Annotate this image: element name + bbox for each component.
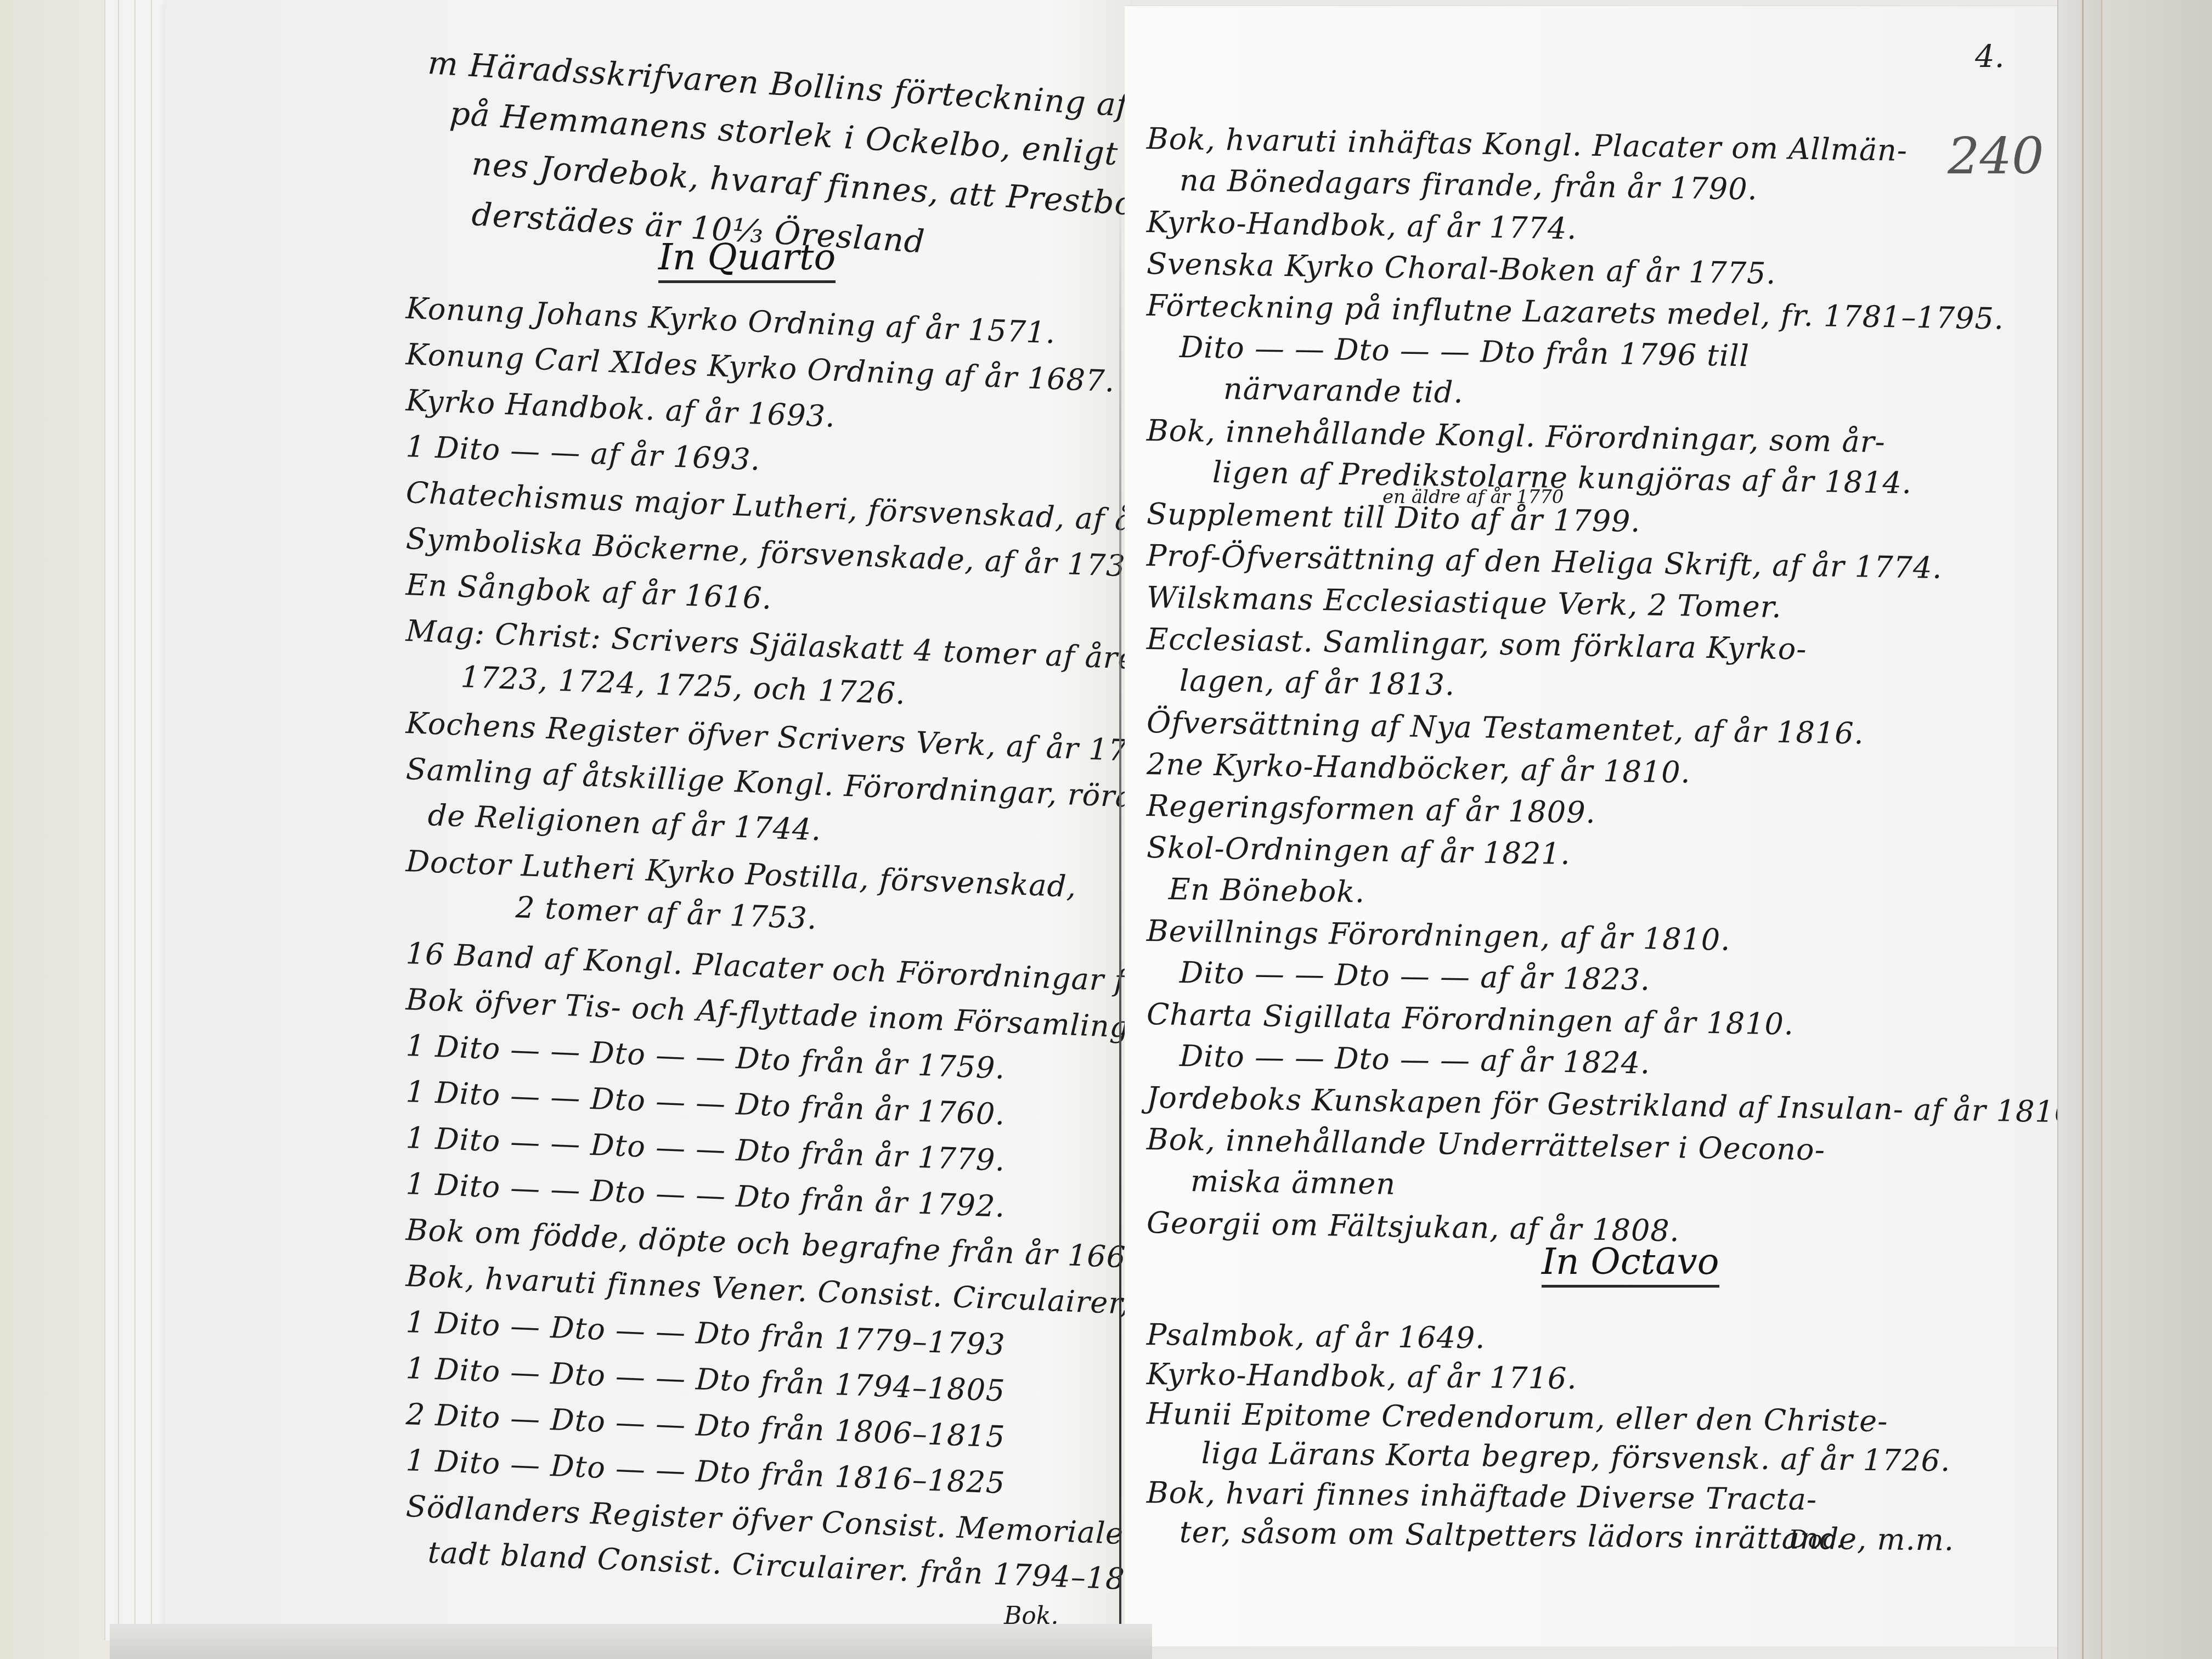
inventory-entry: Dito — — Dto — — Dto från 1796 till xyxy=(1180,330,1750,373)
inventory-entry: 1 Dito — — Dto — — Dto från år 1779. xyxy=(405,1120,1006,1178)
inventory-entry: 1723, 1724, 1725, och 1726. xyxy=(460,659,906,711)
inventory-entry: 1 Dito — Dto — — Dto från 1816–1825 xyxy=(405,1443,1006,1500)
inventory-entry: 2 tomer af år 1753. xyxy=(515,890,818,936)
inventory-entry: miska ämnen xyxy=(1190,1164,1396,1201)
page-bottom-fold xyxy=(110,1624,1152,1659)
inventory-entry: Skol-Ordningen af år 1821. xyxy=(1147,830,1571,871)
inventory-entry: Bok, hvaruti inhäftas Kongl. Placater om… xyxy=(1147,121,1908,168)
inventory-entry: 1 Dito — — Dto — — Dto från år 1760. xyxy=(405,1074,1006,1132)
folio-number: 240 xyxy=(1948,127,2044,185)
inventory-entry: Doctor Lutheri Kyrko Postilla, försvensk… xyxy=(405,844,1077,904)
inventory-entry: Öfversättning af Nya Testamentet, af år … xyxy=(1147,705,1865,751)
section-heading-quarto: In Quarto xyxy=(658,236,836,283)
inventory-entry: 2 Dito — Dto — — Dto från 1806–1815 xyxy=(405,1397,1006,1454)
inventory-entry: närvarande tid. xyxy=(1223,371,1464,410)
inventory-entry: 1 Dito — — Dto — — Dto från år 1759. xyxy=(405,1028,1006,1086)
inventory-entry: de Religionen af år 1744. xyxy=(427,798,822,848)
inventory-entry: Svenska Kyrko Choral-Boken af år 1775. xyxy=(1147,246,1777,291)
inventory-entry: En Sångbok af år 1616. xyxy=(405,567,773,616)
octavo-entry: liga Lärans Korta begrep, försvensk. af … xyxy=(1201,1436,1951,1478)
inventory-entry: Bok, innehållande Underrättelser i Oecon… xyxy=(1147,1122,1826,1167)
left-page: m Häradsskrifvaren Bollins förteckning a… xyxy=(165,0,1130,1640)
inventory-entry: 1 Dito — Dto — — Dto från 1779–1793 xyxy=(405,1305,1006,1362)
inventory-entry: 1 Dito — — Dto — — Dto från år 1792. xyxy=(405,1166,1006,1224)
binding-edge-line xyxy=(2082,0,2084,1659)
inventory-entry: Bevillnings Förordningen, af år 1810. xyxy=(1147,913,1731,957)
catchword-right: Doc. xyxy=(1788,1526,1843,1554)
right-page-stack-edge xyxy=(2057,0,2102,1659)
octavo-entry: Hunii Epitome Credendorum, eller den Chr… xyxy=(1147,1396,1888,1438)
inventory-entry: Jordeboks Kunskapen för Gestrikland af I… xyxy=(1147,1080,2084,1130)
interlinear-note: en äldre af år 1770 xyxy=(1383,486,1564,508)
background-left xyxy=(0,0,110,1659)
inventory-entry: Dito — — Dto — — af år 1824. xyxy=(1180,1039,1651,1080)
section-heading-octavo: In Octavo xyxy=(1542,1240,1719,1288)
inventory-entry: 2ne Kyrko-Handböcker, af år 1810. xyxy=(1147,747,1691,790)
octavo-entry: Psalmbok, af år 1649. xyxy=(1147,1317,1486,1355)
inventory-entry: na Bönedagars firande, från år 1790. xyxy=(1180,163,1758,207)
inventory-entry: lagen, af år 1813. xyxy=(1180,663,1455,702)
inventory-entry: Regeringsformen af år 1809. xyxy=(1147,788,1596,830)
inventory-entry: Ecclesiast. Samlingar, som förklara Kyrk… xyxy=(1147,622,1808,667)
octavo-entry: Kyrko-Handbok, af år 1716. xyxy=(1147,1357,1577,1396)
inventory-entry: Prof-Öfversättning af den Heliga Skrift,… xyxy=(1147,538,1943,585)
octavo-entry: Bok, hvari finnes inhäftade Diverse Trac… xyxy=(1147,1475,1818,1517)
background-right xyxy=(2102,0,2212,1659)
inventory-entry: 1 Dito — — af år 1693. xyxy=(405,429,761,477)
inventory-entry: En Bönebok. xyxy=(1169,872,1365,910)
inventory-entry: 1 Dito — Dto — — Dto från 1794–1805 xyxy=(405,1351,1006,1408)
inventory-entry: Wilskmans Ecclesiastique Verk, 2 Tomer. xyxy=(1147,580,1782,624)
page-number: 4. xyxy=(1975,39,2004,75)
inventory-entry: Dito — — Dto — — af år 1823. xyxy=(1180,955,1651,997)
inventory-entry: Kyrko Handbok. af år 1693. xyxy=(405,383,836,434)
book-gutter xyxy=(1119,176,1121,1657)
inventory-entry: Kyrko-Handbok, af år 1774. xyxy=(1147,205,1577,246)
inventory-entry: Bok, innehållande Kongl. Förordningar, s… xyxy=(1147,413,1886,459)
right-page: 4. 240 Bok, hvaruti inhäftas Kongl. Plac… xyxy=(1125,5,2057,1646)
inventory-entry: Charta Sigillata Förordningen af år 1810… xyxy=(1147,997,1795,1042)
inventory-entry: Förteckning på influtne Lazarets medel, … xyxy=(1147,288,2005,336)
